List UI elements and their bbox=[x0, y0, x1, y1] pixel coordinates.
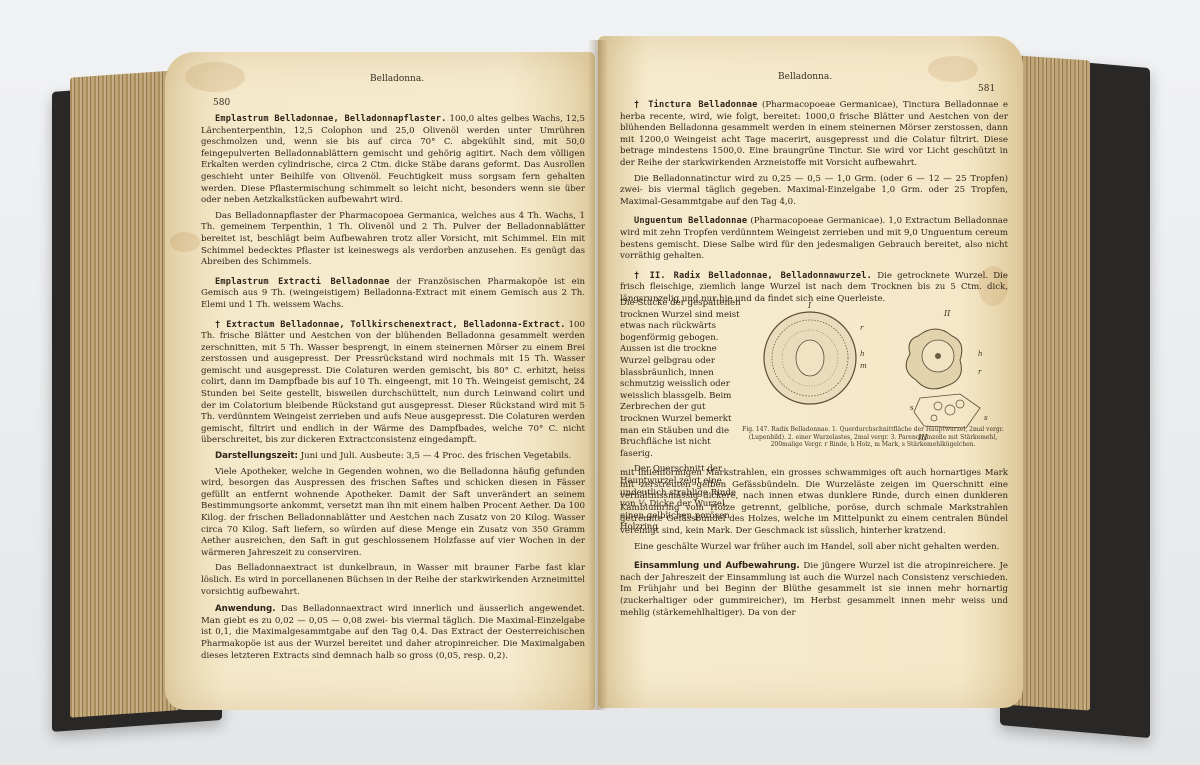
paragraph-text: Viele Apotheker, welche in Gegenden wohn… bbox=[201, 467, 585, 558]
paragraph-text: mit linienförmigen Markstrahlen, ein gro… bbox=[620, 468, 1008, 538]
entry-heading: Unguentum Belladonnae bbox=[634, 216, 747, 226]
svg-text:I: I bbox=[807, 301, 812, 310]
section-heading: Einsammlung und Aufbewahrung. bbox=[634, 561, 800, 571]
running-head: Belladonna. bbox=[778, 72, 832, 82]
svg-text:s: s bbox=[910, 404, 914, 412]
entry-heading: † Extractum Belladonnae, Tollkirschenext… bbox=[215, 320, 566, 330]
svg-text:s: s bbox=[984, 414, 988, 422]
paragraph-text: (Pharmacopoeae Germanicae), Tinctura Bel… bbox=[620, 100, 1008, 168]
svg-text:h: h bbox=[860, 350, 865, 358]
svg-text:r: r bbox=[978, 368, 982, 376]
right-page-body: † Tinctura Belladonnae (Pharmacopoeae Ge… bbox=[620, 100, 1008, 310]
paragraph-text: Die Stücke der gespaltenen trocknen Wurz… bbox=[620, 298, 742, 460]
section-heading: Darstellungszeit: bbox=[215, 451, 298, 461]
page-number: 580 bbox=[213, 98, 230, 108]
page-block-edge-left bbox=[70, 70, 180, 718]
book-gutter bbox=[588, 40, 608, 710]
right-page-lower-body: mit linienförmigen Markstrahlen, ein gro… bbox=[620, 468, 1008, 623]
root-branch-section-icon: II h r bbox=[906, 309, 982, 389]
foxing-stain bbox=[928, 56, 978, 82]
entry-heading: Emplastrum Extracti Belladonnae bbox=[215, 277, 390, 287]
left-page-body: Emplastrum Belladonnae, Belladonnapflast… bbox=[201, 114, 585, 666]
left-page: 580 Belladonna. Emplastrum Belladonnae, … bbox=[165, 52, 595, 710]
paragraph-text: Das Belladonnapflaster der Pharmacopoea … bbox=[201, 211, 585, 267]
svg-text:h: h bbox=[978, 350, 983, 358]
entry-heading: † Tinctura Belladonnae bbox=[634, 100, 758, 110]
svg-text:m: m bbox=[860, 362, 867, 370]
svg-text:r: r bbox=[860, 324, 864, 332]
right-page: Belladonna. 581 † Tinctura Belladonnae (… bbox=[598, 36, 1023, 708]
figure-caption: Fig. 147. Radix Belladonnae. 1. Querdurc… bbox=[738, 426, 1008, 449]
entry-heading: Emplastrum Belladonnae, Belladonnapflast… bbox=[215, 114, 447, 124]
running-head: Belladonna. bbox=[370, 74, 424, 84]
paragraph-text: Das Belladonnaextract ist dunkelbraun, i… bbox=[201, 563, 585, 596]
paragraph-text: Eine geschälte Wurzel war früher auch im… bbox=[620, 542, 1008, 554]
paragraph-text: Juni und Juli. Ausbeute: 3,5 — 4 Proc. d… bbox=[298, 451, 571, 461]
main-root-section-icon: I r h m bbox=[764, 301, 867, 404]
svg-text:II: II bbox=[943, 309, 951, 318]
page-number: 581 bbox=[978, 84, 995, 94]
section-heading: Anwendung. bbox=[215, 604, 275, 614]
foxing-stain bbox=[185, 62, 245, 92]
entry-heading: † II. Radix Belladonnae, Belladonnawurze… bbox=[634, 271, 872, 281]
paragraph-text: 100,0 altes gelbes Wachs, 12,5 Lärchente… bbox=[201, 114, 585, 205]
paragraph-text: 100 Th. frische Blätter und Aestchen von… bbox=[201, 320, 585, 446]
foxing-stain bbox=[170, 232, 200, 252]
paragraph-text: Die Belladonnatinctur wird zu 0,25 — 0,5… bbox=[620, 174, 1008, 207]
